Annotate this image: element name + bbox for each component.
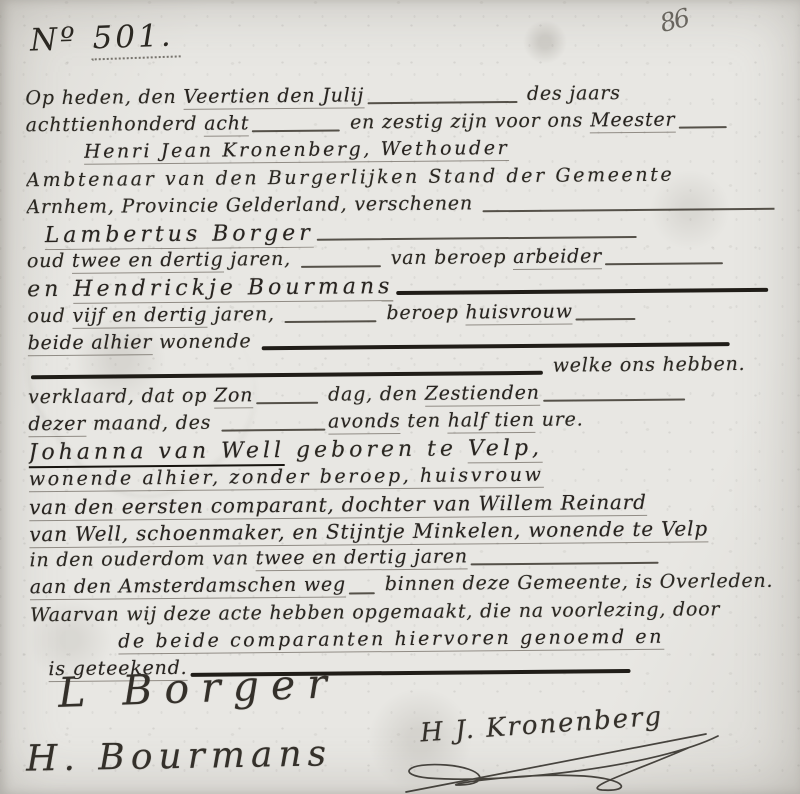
handwritten-entry: avonds	[328, 410, 401, 435]
ruled-line	[471, 562, 659, 566]
form-text: ten	[400, 410, 447, 432]
ruled-line	[261, 342, 729, 350]
act-number: Nº 501.	[29, 17, 180, 58]
ruled-line	[396, 287, 768, 294]
handwritten-entry: arbeider	[513, 245, 602, 270]
handwritten-entry: twee en dertig jaren	[256, 546, 468, 572]
handwritten-entry: vijf en dertig	[72, 303, 207, 328]
ruled-line	[349, 592, 375, 594]
ruled-line	[221, 429, 325, 432]
signature-kronenberg: H J. Kronenberg	[419, 702, 664, 749]
ruled-line	[576, 318, 636, 321]
ruled-line	[252, 130, 340, 133]
handwritten-entry: dezer	[28, 413, 86, 438]
handwritten-entry: Velp,	[468, 436, 543, 464]
form-text: achttienhonderd	[26, 113, 205, 137]
ruled-line	[256, 402, 318, 405]
form-text: Op heden, den	[25, 86, 183, 109]
form-text: oud	[27, 250, 72, 272]
form-text: ure.	[535, 409, 584, 431]
handwritten-entry: huisvrouw	[465, 300, 572, 325]
handwritten-entry: Hendrickje Bourmans	[73, 274, 393, 304]
ruled-line	[301, 265, 381, 268]
form-text: binnen deze Gemeente, is Overleden.	[378, 570, 774, 595]
handwritten-entry: wonende alhier, zonder beroep, huisvrouw	[29, 463, 544, 491]
handwritten-entry: acht	[204, 113, 249, 137]
form-text: Ambtenaar van den Burgerlijken Stand der…	[26, 163, 674, 191]
handwritten-entry: beide alhier	[28, 331, 153, 356]
form-text: oud	[27, 304, 72, 326]
form-text: verklaard, dat op	[28, 385, 214, 409]
handwritten-entry: Henri Jean Kronenberg, Wethouder	[84, 137, 510, 165]
form-text: welke ons hebben.	[546, 353, 746, 377]
handwritten-entry: Lambertus Borger	[45, 221, 314, 250]
form-text: Arnhem, Provincie Gelderland, verschenen	[26, 192, 480, 218]
ruled-line	[285, 320, 377, 323]
form-text: des jaars	[520, 82, 621, 105]
signature-bourmans: H. Bourmans	[26, 733, 333, 779]
ruled-line	[483, 207, 775, 212]
form-text: Waarvan wij deze acte hebben opgemaakt, …	[30, 598, 720, 626]
form-text: van beroep	[384, 246, 514, 269]
handwritten-entry: Zestienden	[425, 382, 540, 407]
form-text: jaren,	[223, 248, 298, 271]
document-lines: Op heden, den Veertien den Julij des jaa…	[25, 81, 778, 686]
handwritten-entry: half tien	[448, 409, 535, 434]
act-number-value: 501.	[90, 17, 180, 60]
form-text: in den ouderdom van	[29, 547, 255, 571]
handwritten-entry: van den eersten comparant, dochter van W…	[29, 490, 647, 521]
handwritten-entry: de beide comparanten hiervoren genoemd e…	[118, 625, 664, 654]
form-text: geboren te	[285, 437, 468, 464]
handwritten-entry: Meester	[590, 109, 675, 134]
handwritten-entry: Zon	[214, 384, 253, 408]
form-text: wonende	[152, 330, 258, 353]
handwritten-entry: twee en dertig	[72, 249, 224, 274]
ruled-line	[31, 371, 543, 379]
handwritten-entry: aan den Amsterdamschen weg	[30, 574, 346, 601]
ruled-line	[678, 127, 726, 129]
form-text: en zestig zijn voor ons	[343, 110, 590, 134]
form-text: en	[27, 277, 73, 302]
form-text: jaren,	[207, 303, 282, 326]
folio-mark: 86	[657, 3, 691, 38]
act-number-prefix: Nº	[29, 21, 78, 59]
ruled-line	[317, 236, 637, 241]
form-text: beroep	[380, 301, 466, 324]
ruled-line	[543, 399, 685, 402]
handwritten-entry: Veertien den Julij	[183, 84, 364, 110]
form-text: maand, des	[86, 412, 218, 435]
ruled-line	[367, 101, 517, 104]
scanned-death-certificate: Nº 501. 86 Op heden, den Veertien den Ju…	[0, 0, 800, 794]
ruled-line	[605, 263, 723, 266]
signature-borger: L Borger	[57, 659, 339, 717]
form-text: dag, den	[321, 383, 425, 406]
handwritten-entry: Johanna van Well	[28, 438, 285, 467]
